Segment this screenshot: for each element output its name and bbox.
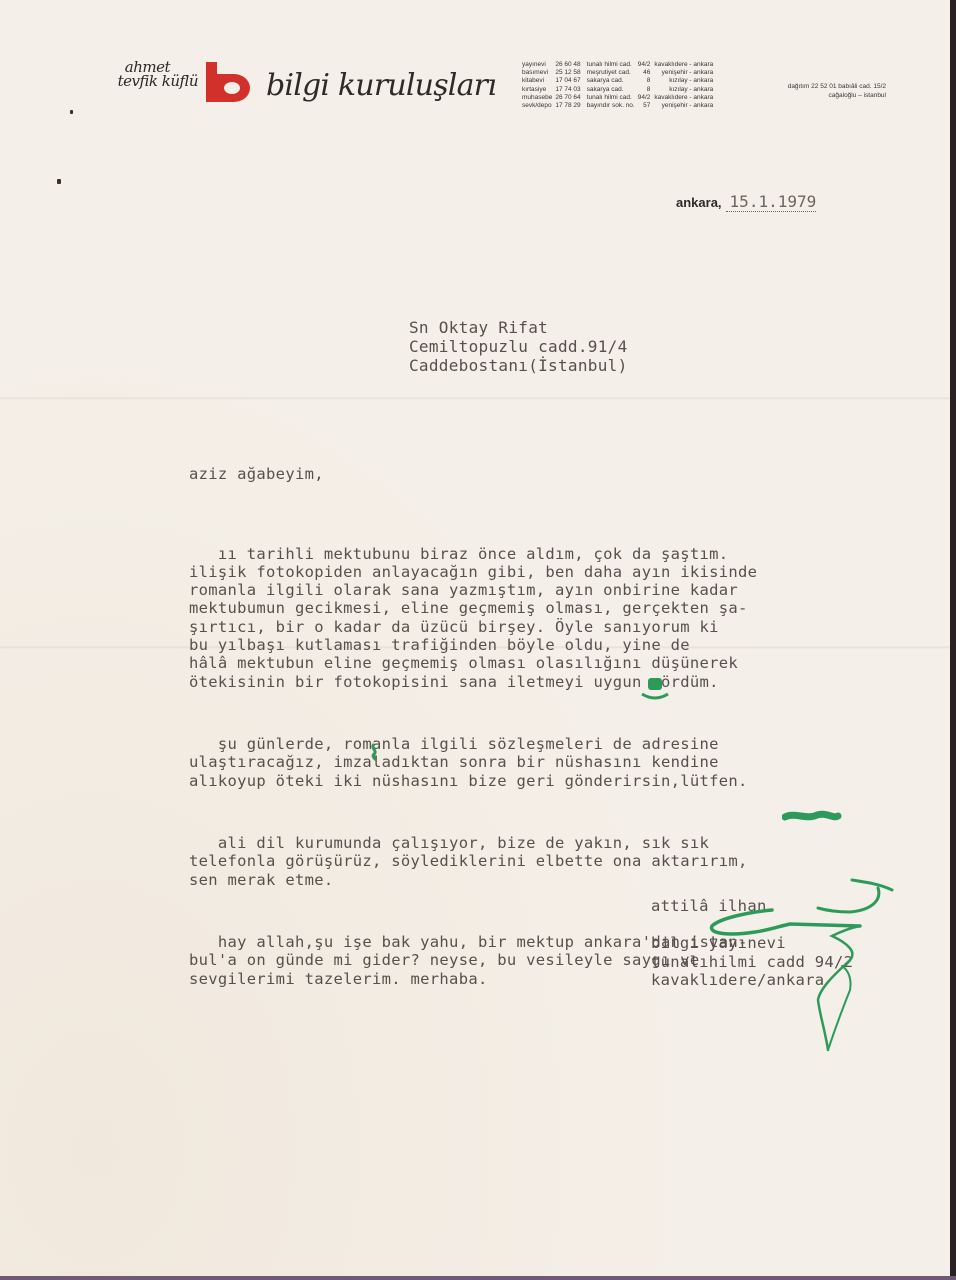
branch-phone: 17 78 29 [555, 102, 586, 110]
date-value: 15.1.1979 [726, 192, 817, 212]
letter-page: ahmet tevfik küflü bilgi kuruluşları yay… [0, 0, 950, 1276]
branch-phone: 17 04 67 [555, 77, 586, 85]
recipient-name: Sn Oktay Rifat [409, 318, 628, 337]
branch-dept: kırtasiye [522, 86, 555, 94]
branch-street: sakarya cad. [587, 77, 638, 85]
branch-no: 94/2 [638, 94, 655, 102]
branch-no: 8 [638, 86, 655, 94]
branch-district: kavaklıdere - ankara [654, 94, 716, 102]
branch-phone: 26 60 48 [555, 61, 586, 69]
recipient-address: Sn Oktay RifatCemiltopuzlu cadd.91/4Cadd… [409, 318, 628, 375]
branch-street: sakarya cad. [587, 86, 638, 94]
salutation: aziz ağabeyim, [189, 465, 324, 483]
publisher-logo-icon [206, 62, 250, 102]
recipient-city: Caddebostanı(İstanbul) [409, 356, 628, 375]
branch-row: kitabevi 17 04 67 sakarya cad. 8 kızılay… [522, 77, 716, 85]
date-place: ankara, [676, 195, 722, 210]
branch-street: tunalı hilmi cad. [587, 94, 638, 102]
branch-phone: 26 70 64 [555, 94, 586, 102]
date-line: ankara, 15.1.1979 [676, 192, 816, 212]
signatory-address-line: tunalıhilmi cadd 94/2 [651, 953, 853, 972]
signatory-address-line: kavaklıdere/ankara [651, 971, 853, 990]
paragraph: ıı tarihli mektubunu biraz önce aldım, ç… [189, 545, 849, 691]
distribution-line-1: dağıtım 22 52 01 babıâli cad. 15/2 [768, 83, 886, 92]
branch-district: yenişehir - ankara [654, 102, 716, 110]
founder-last-name: tevfik küflü [118, 72, 198, 90]
branch-district: kızılay - ankara [654, 77, 716, 85]
signatory-address-line: bilgi yayınevi [651, 934, 853, 953]
branch-district: kızılay - ankara [654, 86, 716, 94]
branch-street: meşrutiyet cad. [587, 69, 638, 77]
branch-row: basımevi 25 12 58 meşrutiyet cad. 46 yen… [522, 69, 716, 77]
branch-row: muhasebe 26 70 64 tunalı hilmi cad. 94/2… [522, 94, 716, 102]
branch-district: yenişehir - ankara [654, 69, 716, 77]
branch-phone: 25 12 58 [555, 69, 586, 77]
paragraph: şu günlerde, romanla ilgili sözleşmeleri… [189, 735, 849, 790]
branch-dept: kitabevi [522, 77, 555, 85]
paragraph: ali dil kurumunda çalışıyor, bize de yak… [189, 834, 849, 889]
letterhead-branches-table: yayınevi 26 60 48 tunalı hilmi cad. 94/2… [522, 61, 716, 110]
branch-street: tunalı hilmi cad. [587, 61, 638, 69]
signatory-address: bilgi yayınevitunalıhilmi cadd 94/2kavak… [651, 934, 853, 990]
recipient-street: Cemiltopuzlu cadd.91/4 [409, 337, 628, 356]
letterhead-brand: bilgi kuruluşları [266, 68, 496, 103]
distribution-line-2: cağaloğlu – istanbul [768, 92, 886, 101]
letterhead-founder-name: ahmet tevfik küflü [78, 60, 198, 88]
branch-district: kavaklıdere - ankara [654, 61, 716, 69]
paper-speck [57, 179, 61, 184]
branch-row: kırtasiye 17 74 03 sakarya cad. 8 kızıla… [522, 86, 716, 94]
branch-street: bayındır sok. no. [587, 102, 638, 110]
branch-phone: 17 74 03 [555, 86, 586, 94]
branch-dept: sevk/depo [522, 102, 555, 110]
paper-speck [70, 110, 73, 114]
letterhead-distribution: dağıtım 22 52 01 babıâli cad. 15/2 cağal… [768, 83, 886, 100]
branch-dept: yayınevi [522, 61, 555, 69]
branch-dept: basımevi [522, 69, 555, 77]
signatory-name: attilâ ilhan [651, 897, 767, 915]
branch-row: yayınevi 26 60 48 tunalı hilmi cad. 94/2… [522, 61, 716, 69]
branch-dept: muhasebe [522, 94, 555, 102]
branch-no: 46 [638, 69, 655, 77]
branch-no: 57 [638, 102, 655, 110]
branch-no: 8 [638, 77, 655, 85]
scan-edge [0, 1276, 956, 1280]
branch-no: 94/2 [638, 61, 655, 69]
branch-row: sevk/depo 17 78 29 bayındır sok. no. 57 … [522, 102, 716, 110]
